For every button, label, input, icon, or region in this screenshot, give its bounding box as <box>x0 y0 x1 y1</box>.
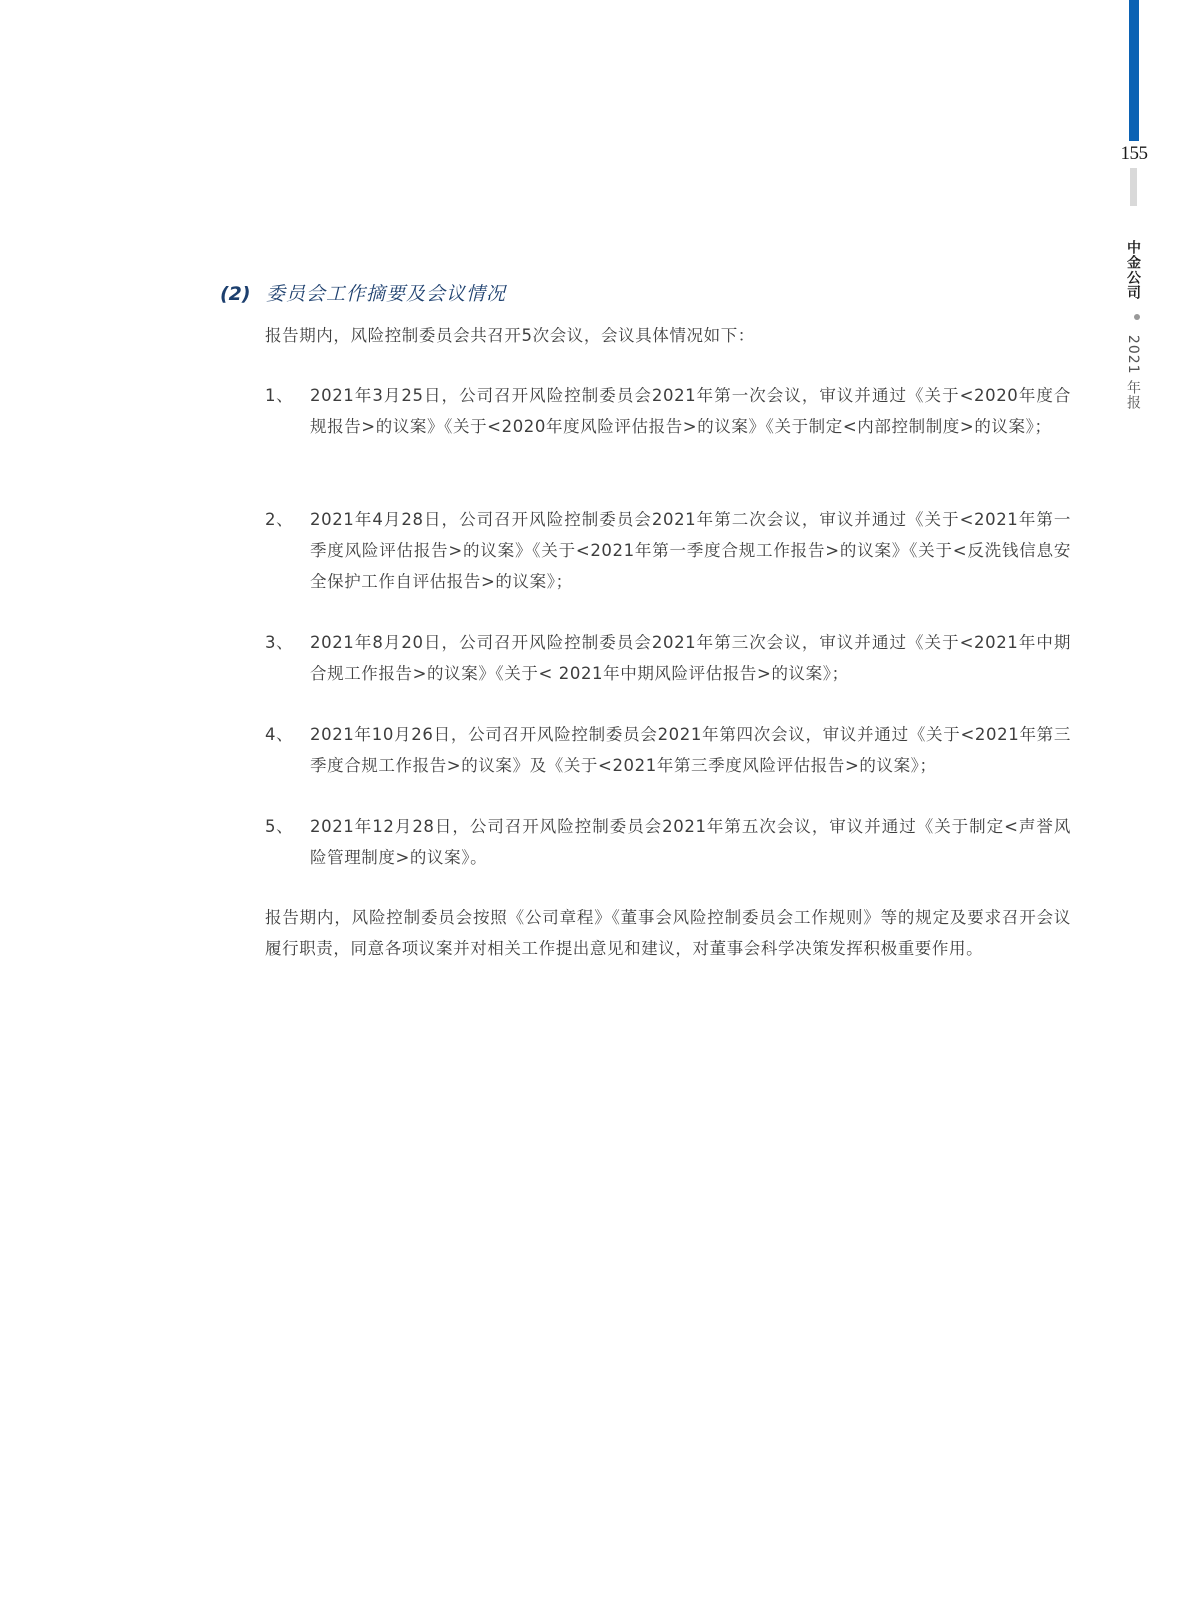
list-index: 4、 <box>265 719 305 750</box>
section-heading: (2)委员会工作摘要及会议情况 <box>220 279 506 306</box>
list-index: 2、 <box>265 504 305 535</box>
company-name: 中金公司 <box>1125 240 1141 300</box>
section-title: 委员会工作摘要及会议情况 <box>266 283 506 305</box>
side-grey-bar <box>1130 168 1137 206</box>
list-text: 2021年4月28日，公司召开风险控制委员会2021年第二次会议，审议并通过《关… <box>310 504 1071 597</box>
list-text: 2021年12月28日，公司召开风险控制委员会2021年第五次会议，审议并通过《… <box>310 811 1071 873</box>
list-text: 2021年3月25日，公司召开风险控制委员会2021年第一次会议，审议并通过《关… <box>310 380 1071 442</box>
list-index: 5、 <box>265 811 305 842</box>
list-index: 3、 <box>265 627 305 658</box>
list-text: 2021年8月20日，公司召开风险控制委员会2021年第三次会议，审议并通过《关… <box>310 627 1071 689</box>
closing-paragraph: 报告期内，风险控制委员会按照《公司章程》《董事会风险控制委员会工作规则》等的规定… <box>265 902 1071 964</box>
section-number: (2) <box>220 283 266 305</box>
list-item: 3、 2021年8月20日，公司召开风险控制委员会2021年第三次会议，审议并通… <box>265 627 1071 689</box>
separator-dot-icon <box>1134 314 1140 320</box>
intro-paragraph: 报告期内，风险控制委员会共召开5次会议，会议具体情况如下： <box>265 320 1071 351</box>
list-item: 4、 2021年10月26日，公司召开风险控制委员会2021年第四次会议，审议并… <box>265 719 1071 781</box>
running-title: 中金公司 2021 年报 <box>1122 240 1144 410</box>
list-text: 2021年10月26日，公司召开风险控制委员会2021年第四次会议，审议并通过《… <box>310 719 1071 781</box>
list-item: 1、 2021年3月25日，公司召开风险控制委员会2021年第一次会议，审议并通… <box>265 380 1071 442</box>
list-index: 1、 <box>265 380 305 411</box>
page-number: 155 <box>1114 143 1154 165</box>
list-item: 2、 2021年4月28日，公司召开风险控制委员会2021年第二次会议，审议并通… <box>265 504 1071 597</box>
list-item: 5、 2021年12月28日，公司召开风险控制委员会2021年第五次会议，审议并… <box>265 811 1071 873</box>
side-accent-bar <box>1129 0 1139 141</box>
report-name: 2021 年报 <box>1125 335 1141 410</box>
